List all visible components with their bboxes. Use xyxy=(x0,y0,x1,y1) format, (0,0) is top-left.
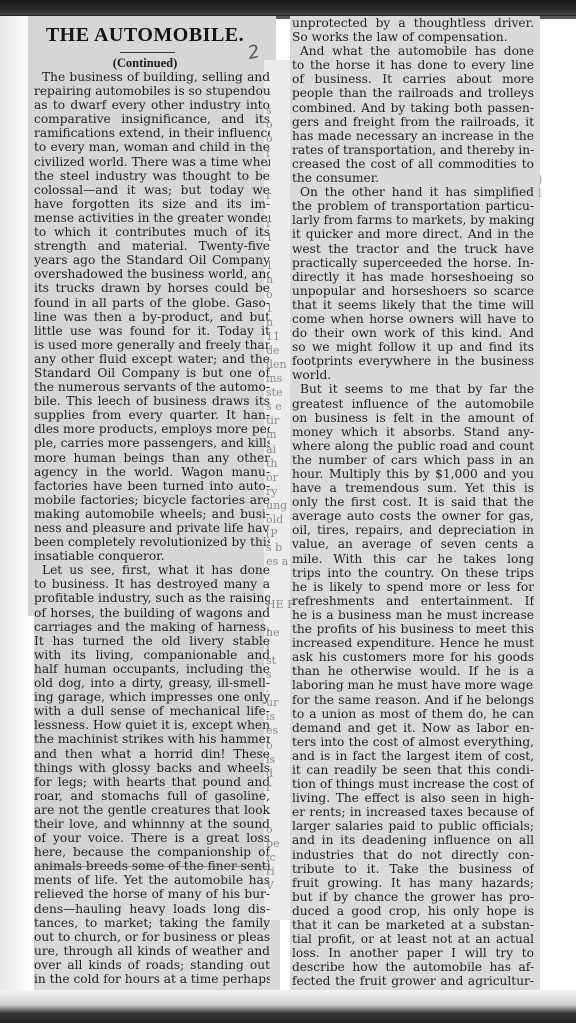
text-line: with its living, companionable and xyxy=(34,648,270,662)
text-line: ure, through all kinds of weather and xyxy=(34,944,270,958)
text-line: the consumer. xyxy=(292,171,534,185)
text-line: Let us see, first, what it has done xyxy=(34,563,270,577)
text-line: But it seems to me that by far the xyxy=(292,382,534,396)
text-line: west the tractor and the truck have xyxy=(292,242,534,256)
text-line: here, because the companionship of xyxy=(34,845,270,859)
text-line: and is in fact the largest item of cost, xyxy=(292,749,534,763)
text-line: years ago the Standard Oil Company xyxy=(34,253,270,267)
text-line: he is a business man he must increase xyxy=(292,608,534,622)
text-line: larger salaries paid to public officials… xyxy=(292,819,534,833)
text-line: The business of building, selling and xyxy=(34,70,270,84)
text-line: their love, and whinnny at the sound xyxy=(34,817,270,831)
text-line: dens—hauling heavy loads long dis- xyxy=(34,902,270,916)
text-line: greatest influence of the automobile xyxy=(292,397,534,411)
text-line: more human beings than any other xyxy=(34,451,270,465)
text-line: than he otherwise would. If he is a xyxy=(292,664,534,678)
text-line: old dog, into a dirty, greasy, ill-smell… xyxy=(34,676,270,690)
text-line: have forgotten its size and its im- xyxy=(34,197,270,211)
text-line: fected the fruit grower and agricultur- xyxy=(292,974,534,988)
text-line: demand and get it. Now as labor en- xyxy=(292,721,534,735)
text-line: industries that do not directly con- xyxy=(292,848,534,862)
text-line: things with glossy backs and wheels xyxy=(34,761,270,775)
text-line: the steel industry was thought to be xyxy=(34,169,270,183)
text-line: ters into the cost of almost everything, xyxy=(292,735,534,749)
text-line: that it can be marketed at a substan- xyxy=(292,918,534,932)
text-line: ments of life. Yet the automobile has xyxy=(34,873,270,887)
text-line: fruit growing. It has many hazards; xyxy=(292,876,534,890)
text-line: half human occupants, including the xyxy=(34,662,270,676)
text-line: gers and freight from the railroads, it xyxy=(292,115,534,129)
text-line: for legs; with hearts that pound and xyxy=(34,775,270,789)
text-line: to which it contributes much of its xyxy=(34,225,270,239)
text-line: do their own work of this kind. And xyxy=(292,326,534,340)
text-line: money which it absorbs. Stand any- xyxy=(292,425,534,439)
text-line: ramifications extend, in their influence… xyxy=(34,126,270,140)
text-line: the number of cars which pass in an xyxy=(292,453,534,467)
text-line: practically superceeded the horse. In- xyxy=(292,256,534,270)
text-line: of your voice. There is a great loss xyxy=(34,831,270,845)
text-line: carriages and the making of harness. xyxy=(34,620,270,634)
text-line: as to dwarf every other industry into xyxy=(34,98,270,112)
article-subtitle: (Continued) xyxy=(40,56,250,71)
text-line: value, an average of seven cents a xyxy=(292,537,534,551)
text-line: its trucks drawn by horses could be xyxy=(34,281,270,295)
text-line: tion of things must increase the cost of xyxy=(292,777,534,791)
article-left-column: The business of building, selling andrep… xyxy=(34,70,270,986)
text-line: he is likely to spend more or less for xyxy=(292,580,534,594)
text-line: for the same reason. And if he belongs xyxy=(292,693,534,707)
text-line: to business. It has destroyed many a xyxy=(34,577,270,591)
text-line: profitable industry, such as the raising xyxy=(34,591,270,605)
text-line: trips into the country. On these trips xyxy=(292,566,534,580)
text-line: of horses, the building of wagons and xyxy=(34,606,270,620)
text-line: laboring man he must have more wages xyxy=(292,678,534,692)
text-line: to the horse it has done to every line xyxy=(292,58,534,72)
text-line: combined. And by taking both passen- xyxy=(292,101,534,115)
text-line: over all kinds of roads; standing out xyxy=(34,958,270,972)
text-line: with a dull sense of mechanical life- xyxy=(34,704,270,718)
adjacent-column-fragments: s o o f ' r r 1 1 h o 1 n 11 de llen ins… xyxy=(266,62,294,894)
text-line: Standard Oil Company is but one of xyxy=(34,366,270,380)
text-line: directly it has made horseshoeing so xyxy=(292,270,534,284)
text-line: of business. It carries about more xyxy=(292,72,534,86)
text-line: comparative insignificance, and its xyxy=(34,112,270,126)
text-line: rates of transportation, and thereby in- xyxy=(292,143,534,157)
text-line: agency in the world. Wagon manu- xyxy=(34,465,270,479)
text-line: is used more generally and freely than xyxy=(34,338,270,352)
text-line: creased the cost of all commodities to xyxy=(292,157,534,171)
text-line: ask his customers more for his goods xyxy=(292,650,534,664)
text-line: larly from farms to markets, by making xyxy=(292,213,534,227)
text-line: to a union as most of them do, he can xyxy=(292,707,534,721)
text-line: been completely revolutionized by this xyxy=(34,535,270,549)
fold-line xyxy=(34,866,270,867)
text-line: only the first cost. It is said that the xyxy=(292,495,534,509)
text-line: it quicker and more direct. And in the xyxy=(292,227,534,241)
text-line: factories have been turned into auto- xyxy=(34,479,270,493)
text-line: increased expenditure. Hence he must xyxy=(292,636,534,650)
text-line: living. The effect is also seen in high- xyxy=(292,791,534,805)
text-line: where along the public road and count xyxy=(292,439,534,453)
text-line: bile. This leech of business draws its xyxy=(34,394,270,408)
text-line: er rents; in increased taxes because of xyxy=(292,805,534,819)
text-line: mile. With this car he takes long xyxy=(292,552,534,566)
text-line: people than the railroads and trolleys xyxy=(292,86,534,100)
text-line: so we might follow it up and find its xyxy=(292,340,534,354)
text-line: supplies from every quarter. It han- xyxy=(34,408,270,422)
text-line: hour. Multiply this by $1,000 and you xyxy=(292,467,534,481)
text-line: ness and pleasure and private life have xyxy=(34,521,270,535)
article-right-column: unprotected by a thoughtless driver.So w… xyxy=(292,16,534,988)
text-line: duced a good crop, his only hope is xyxy=(292,904,534,918)
text-line: lessness. How quiet it is, except when xyxy=(34,718,270,732)
text-line: come when horse owners will have to xyxy=(292,312,534,326)
title-rule xyxy=(120,52,175,53)
text-line: are not the gentle creatures that look xyxy=(34,803,270,817)
text-line: It has turned the old livery stable xyxy=(34,634,270,648)
text-line: have a tremendous sum. Yet this is xyxy=(292,481,534,495)
text-line: tribute to it. Take the business of xyxy=(292,862,534,876)
text-line: overshadowed the business world, and xyxy=(34,267,270,281)
text-line: On the other hand it has simplified xyxy=(292,185,534,199)
text-line: that it seems likely that the time will xyxy=(292,298,534,312)
clipping-top-edge xyxy=(0,0,576,16)
text-line: civilized world. There was a time when xyxy=(34,155,270,169)
text-line: tances, to market; taking the family xyxy=(34,916,270,930)
text-line: tial profit, or at least not at an actua… xyxy=(292,932,534,946)
text-line: unprotected by a thoughtless driver. xyxy=(292,16,534,30)
text-line: little use was found for it. Today it xyxy=(34,324,270,338)
text-line: loss. In another paper I will try to xyxy=(292,946,534,960)
text-line: ing garage, which impresses one only xyxy=(34,690,270,704)
text-line: world. xyxy=(292,368,534,382)
clipping-bottom-edge xyxy=(0,990,576,1023)
article-title: THE AUTOMOBILE. xyxy=(40,24,250,47)
text-line: on business is felt in the amount of xyxy=(292,411,534,425)
text-line: line was then a by-product, and but xyxy=(34,310,270,324)
text-line: and in its deadening influence on all xyxy=(292,833,534,847)
text-line: mense activities in the greater wonder xyxy=(34,211,270,225)
text-line: roar, and stomachs full of gasoline, xyxy=(34,789,270,803)
text-line: mobile factories; bicycle factories are xyxy=(34,493,270,507)
right-edge-fragments: ) l xyxy=(538,88,550,285)
text-line: the machinist strikes with his hammer xyxy=(34,732,270,746)
text-line: unpopular and horseshoers so scarce xyxy=(292,284,534,298)
text-line: has made necessary an increase in the xyxy=(292,129,534,143)
text-line: average auto costs the owner for gas, xyxy=(292,509,534,523)
text-line: to every man, woman and child in the xyxy=(34,140,270,154)
text-line: out to church, or for business or pleas- xyxy=(34,930,270,944)
text-line: but if by chance the grower has pro- xyxy=(292,890,534,904)
text-line: dles more products, employs more peo- xyxy=(34,422,270,436)
text-line: making automobile wheels; and busi- xyxy=(34,507,270,521)
text-line: ple, carries more passengers, and kills xyxy=(34,436,270,450)
text-line: relieved the horse of many of his bur- xyxy=(34,887,270,901)
paper-left-margin xyxy=(0,16,30,991)
text-line: any other fluid except water; and the xyxy=(34,352,270,366)
text-line: strength and material. Twenty-five xyxy=(34,239,270,253)
text-line: repairing automobiles is so stupendous xyxy=(34,84,270,98)
text-line: it can readily be seen that this condi- xyxy=(292,763,534,777)
text-line: in the cold for hours at a time perhaps xyxy=(34,972,270,986)
text-line: the profits of his business to meet this xyxy=(292,622,534,636)
text-line: and then what a horrid din! These xyxy=(34,747,270,761)
text-line: oil, tires, repairs, and depreciation in xyxy=(292,523,534,537)
text-line: insatiable conqueror. xyxy=(34,549,270,563)
text-line: the problem of transportation particu- xyxy=(292,199,534,213)
text-line: describe how the automobile has af- xyxy=(292,960,534,974)
text-line: found in all parts of the globe. Gaso- xyxy=(34,296,270,310)
text-line: colossal—and it was; but today we xyxy=(34,183,270,197)
text-line: So works the law of compensation. xyxy=(292,30,534,44)
text-line: the numerous servants of the automo- xyxy=(34,380,270,394)
text-line: footprints everywhere in the business xyxy=(292,354,534,368)
text-line: And what the automobile has done xyxy=(292,44,534,58)
text-line: refreshments and entertainment. If xyxy=(292,594,534,608)
